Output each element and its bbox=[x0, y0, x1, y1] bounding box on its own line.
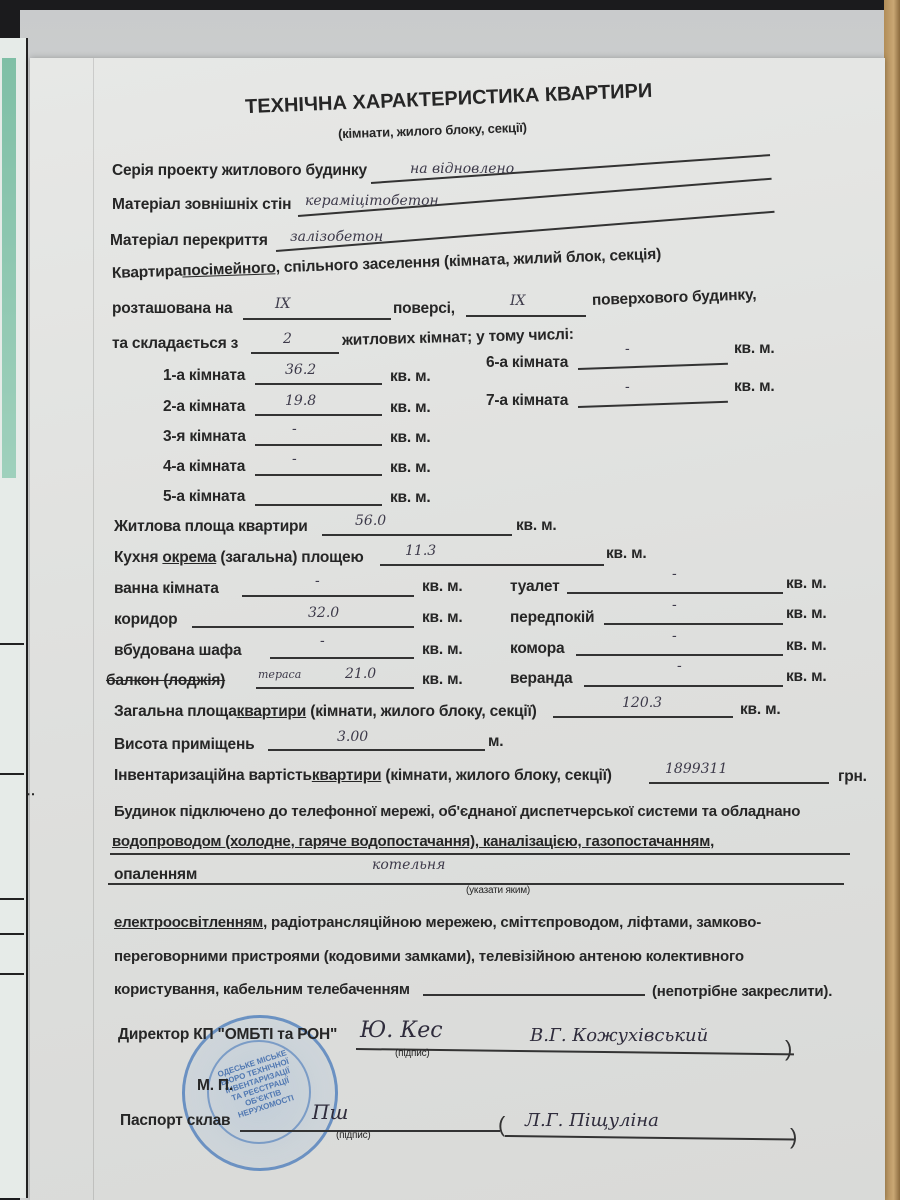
room-1-value[interactable]: 36.2 bbox=[285, 362, 316, 378]
storage-line bbox=[576, 654, 783, 656]
room-1-label: 1-а кімната bbox=[163, 367, 245, 385]
floor-material-label: Матеріал перекриття bbox=[110, 232, 268, 250]
balcony-value[interactable]: 21.0 bbox=[345, 666, 376, 682]
living-area-unit: кв. м. bbox=[516, 517, 556, 535]
storage-value[interactable]: - bbox=[672, 628, 677, 644]
bathroom-value[interactable]: - bbox=[315, 573, 320, 589]
total-floors-line bbox=[466, 315, 586, 317]
room-5-label: 5-а кімната bbox=[163, 488, 245, 506]
toilet-label: туалет bbox=[510, 578, 559, 596]
heating-value[interactable]: котельня bbox=[372, 857, 445, 873]
compiler-name-line bbox=[505, 1135, 795, 1140]
heating-label: опаленням bbox=[114, 866, 197, 884]
cable-tv-line bbox=[423, 994, 645, 996]
room-7-unit: кв. м. bbox=[734, 378, 774, 396]
inventory-rest: (кімнати, жилого блоку, секції) bbox=[385, 767, 611, 784]
balcony-note[interactable]: тераса bbox=[258, 668, 301, 681]
height-value[interactable]: 3.00 bbox=[337, 729, 368, 745]
rooms-count-label: та складається з bbox=[112, 335, 238, 353]
inventory-value-line bbox=[649, 782, 829, 784]
wall-material-value[interactable]: кераміцітобетон bbox=[305, 193, 439, 209]
room-4-line bbox=[255, 474, 382, 476]
inventory-prefix: Інвентаризаційна вартість bbox=[114, 767, 312, 784]
room-6-unit: кв. м. bbox=[734, 340, 774, 358]
storage-label: комора bbox=[510, 640, 564, 658]
apartment-type-selected: посімейного, bbox=[182, 259, 280, 279]
veranda-line bbox=[584, 685, 783, 687]
room-3-label: 3-я кімната bbox=[163, 428, 246, 446]
utilities-line-6: користування, кабельним телебаченням bbox=[114, 981, 410, 998]
kitchen-rest: (загальна) площею bbox=[220, 549, 363, 566]
room-4-value[interactable]: - bbox=[292, 451, 297, 467]
rooms-count-line bbox=[251, 352, 339, 354]
form-content: ТЕХНІЧНА ХАРАКТЕРИСТИКА КВАРТИРИ (кімнат… bbox=[0, 0, 900, 1200]
utilities-line-2: водопроводом (холодне, гаряче водопостач… bbox=[112, 833, 714, 850]
kitchen-type-selected: окрема bbox=[162, 549, 216, 566]
inventory-value-label: Інвентаризаційна вартістьквартири (кімна… bbox=[114, 767, 612, 785]
total-area-value[interactable]: 120.3 bbox=[622, 695, 662, 711]
project-series-label: Серія проекту житлового будинку bbox=[112, 162, 367, 180]
rooms-count-suffix: житлових кімнат; у тому числі: bbox=[342, 326, 574, 350]
toilet-line bbox=[567, 592, 783, 594]
wardrobe-unit: кв. м. bbox=[422, 641, 462, 659]
project-series-value[interactable]: на відновлено bbox=[410, 161, 514, 177]
utilities-electric: електроосвітленням, bbox=[114, 914, 267, 931]
margin-mark: ‥ bbox=[26, 782, 35, 799]
bathroom-unit: кв. м. bbox=[422, 578, 462, 596]
kitchen-value[interactable]: 11.3 bbox=[405, 543, 436, 559]
corridor-unit: кв. м. bbox=[422, 609, 462, 627]
living-area-value[interactable]: 56.0 bbox=[355, 513, 386, 529]
bathroom-line bbox=[242, 595, 414, 597]
toilet-unit: кв. м. bbox=[786, 575, 826, 593]
total-floors-value[interactable]: IX bbox=[510, 293, 526, 309]
height-label: Висота приміщень bbox=[114, 736, 254, 754]
total-area-label: Загальна площаквартири (кімнати, жилого … bbox=[114, 703, 537, 721]
kitchen-label: Кухня окрема (загальна) площею bbox=[114, 549, 364, 567]
utilities-line-1: Будинок підключено до телефонної мережі,… bbox=[114, 803, 800, 820]
height-line bbox=[268, 749, 485, 751]
corridor-line bbox=[192, 626, 414, 628]
toilet-value[interactable]: - bbox=[672, 566, 677, 582]
heating-hint: (указати яким) bbox=[466, 885, 530, 896]
utilities-strike-line bbox=[110, 853, 850, 855]
location-label: розташована на bbox=[112, 300, 232, 318]
room-6-value[interactable]: - bbox=[625, 341, 630, 357]
room-1-line bbox=[255, 383, 382, 385]
utilities-rest: радіотрансляційною мережею, сміттєпровод… bbox=[271, 914, 761, 931]
living-area-line bbox=[322, 534, 512, 536]
hallway-line bbox=[604, 623, 783, 625]
hallway-unit: кв. м. bbox=[786, 605, 826, 623]
compiler-signature-hint: (підпис) bbox=[336, 1130, 371, 1141]
hallway-label: передпокій bbox=[510, 609, 594, 627]
director-signature-hint: (підпис) bbox=[395, 1048, 430, 1059]
apartment-type-rest: спільного заселення (кімната, жилий блок… bbox=[284, 246, 662, 276]
wardrobe-value[interactable]: - bbox=[320, 633, 325, 649]
kitchen-unit: кв. м. bbox=[606, 545, 646, 563]
room-6-line bbox=[578, 363, 728, 370]
inventory-unit: грн. bbox=[838, 768, 867, 786]
floor-line bbox=[243, 318, 391, 320]
room-7-line bbox=[578, 401, 728, 408]
compiler-paren-close: ) bbox=[790, 1124, 797, 1150]
veranda-label: веранда bbox=[510, 670, 572, 688]
height-unit: м. bbox=[488, 733, 503, 751]
page-title: ТЕХНІЧНА ХАРАКТЕРИСТИКА КВАРТИРИ bbox=[245, 80, 653, 119]
director-paren: ) bbox=[785, 1036, 792, 1062]
room-2-unit: кв. м. bbox=[390, 399, 430, 417]
utilities-line-4: електроосвітленням, радіотрансляційною м… bbox=[114, 914, 761, 931]
floor-value[interactable]: IX bbox=[275, 296, 291, 312]
page-subtitle: (кімнати, жилого блоку, секції) bbox=[338, 120, 527, 142]
room-2-line bbox=[255, 414, 382, 416]
room-4-label: 4-а кімната bbox=[163, 458, 245, 476]
corridor-label: коридор bbox=[114, 611, 177, 629]
room-3-line bbox=[255, 444, 382, 446]
wardrobe-label: вбудована шафа bbox=[114, 642, 241, 660]
total-area-selected: квартири bbox=[237, 703, 306, 720]
hallway-value[interactable]: - bbox=[672, 597, 677, 613]
apartment-prefix: Квартира bbox=[112, 263, 183, 282]
room-2-value[interactable]: 19.8 bbox=[285, 393, 316, 409]
total-area-unit: кв. м. bbox=[740, 701, 780, 719]
compiler-name[interactable]: Л.Г. Піщуліна bbox=[525, 1110, 659, 1131]
bathroom-label: ванна кімната bbox=[114, 580, 219, 598]
veranda-unit: кв. м. bbox=[786, 668, 826, 686]
balcony-unit: кв. м. bbox=[422, 671, 462, 689]
balcony-label: балкон (лоджія) bbox=[106, 672, 225, 690]
floor-label: поверсі, bbox=[393, 300, 455, 318]
room-6-label: 6-а кімната bbox=[486, 354, 568, 372]
storage-unit: кв. м. bbox=[786, 637, 826, 655]
compiler-signature[interactable]: Пш bbox=[312, 1100, 348, 1124]
room-4-unit: кв. м. bbox=[390, 459, 430, 477]
director-label: Директор КП "ОМБТІ та РОН" bbox=[118, 1026, 337, 1044]
total-floors-label: поверхового будинку, bbox=[592, 286, 757, 310]
room-5-unit: кв. м. bbox=[390, 489, 430, 507]
living-area-label: Житлова площа квартири bbox=[114, 518, 308, 536]
compiler-label: Паспорт склав bbox=[120, 1112, 230, 1130]
corridor-value[interactable]: 32.0 bbox=[308, 605, 339, 621]
total-area-rest: (кімнати, жилого блоку, секції) bbox=[310, 703, 536, 720]
room-3-unit: кв. м. bbox=[390, 429, 430, 447]
kitchen-line bbox=[380, 564, 604, 566]
balcony-line bbox=[256, 687, 414, 689]
utilities-line-6-end: (непотрібне закреслити). bbox=[652, 983, 832, 1000]
room-7-value[interactable]: - bbox=[625, 379, 630, 395]
room-3-value[interactable]: - bbox=[292, 421, 297, 437]
rooms-count-value[interactable]: 2 bbox=[283, 331, 292, 347]
inventory-selected: квартири bbox=[312, 767, 381, 784]
director-name[interactable]: В.Г. Кожухівський bbox=[530, 1025, 708, 1046]
total-area-prefix: Загальна площа bbox=[114, 703, 237, 720]
wardrobe-line bbox=[270, 657, 414, 659]
director-signature[interactable]: Ю. Кес bbox=[360, 1018, 443, 1043]
total-area-line bbox=[553, 716, 733, 718]
room-5-line bbox=[255, 504, 382, 506]
inventory-value[interactable]: 1899311 bbox=[665, 761, 727, 777]
floor-material-value[interactable]: залізобетон bbox=[290, 229, 383, 245]
apartment-type: Квартирапосімейного, спільного заселення… bbox=[112, 246, 662, 283]
room-1-unit: кв. м. bbox=[390, 368, 430, 386]
seal-label: М. П. bbox=[197, 1077, 233, 1095]
kitchen-prefix: Кухня bbox=[114, 549, 158, 566]
room-7-label: 7-а кімната bbox=[486, 392, 568, 410]
room-2-label: 2-а кімната bbox=[163, 398, 245, 416]
wall-material-label: Матеріал зовнішніх стін bbox=[112, 196, 291, 214]
veranda-value[interactable]: - bbox=[677, 658, 682, 674]
utilities-line-5: переговорними пристроями (кодовими замка… bbox=[114, 948, 744, 965]
